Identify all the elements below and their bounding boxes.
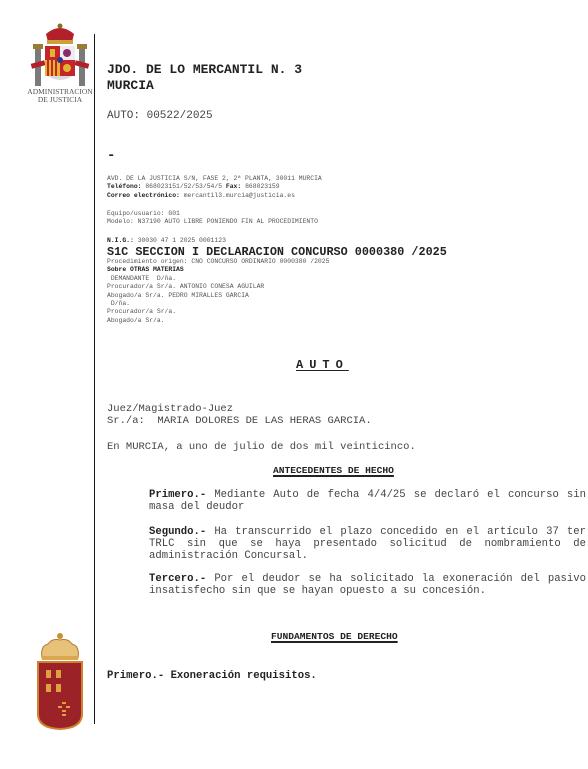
fundamento-primero: Primero.- Exoneración requisitos. <box>107 670 317 682</box>
auto-number: AUTO: 00522/2025 <box>107 110 213 122</box>
antecedente-text: Por el deudor se ha solicitado la exoner… <box>149 573 586 597</box>
logo-caption: ADMINISTRACION DE JUSTICIA <box>24 88 96 104</box>
antecedente-label: Tercero.- <box>149 573 206 585</box>
equipo-usuario: Equipo/usuario: G01 <box>107 210 318 218</box>
procedimiento-origen: Procedimiento origen: CNO CONCURSO ORDIN… <box>107 258 329 266</box>
party-line: D/ña. <box>107 300 329 308</box>
court-city: MURCIA <box>107 78 302 94</box>
party-line: DEMANDANTE D/ña. <box>107 275 329 283</box>
modelo: Modelo: N37190 AUTO LIBRE PONIENDO FIN A… <box>107 218 318 226</box>
phone-line: Teléfono: 868023151/52/53/54/5 Fax: 8680… <box>107 183 322 191</box>
margin-divider-line <box>94 34 95 724</box>
antecedente-text: Mediante Auto de fecha 4/4/25 se declaró… <box>149 489 586 513</box>
court-name-line1: JDO. DE LO MERCANTIL N. 3 <box>107 62 302 78</box>
model-block: Equipo/usuario: G01 Modelo: N37190 AUTO … <box>107 210 318 227</box>
party-line: Procurador/a Sr/a. <box>107 308 329 316</box>
case-section-title: S1C SECCION I DECLARACION CONCURSO 00003… <box>107 245 447 259</box>
judge-role: Juez/Magistrado-Juez <box>107 403 372 415</box>
parties-block: Procedimiento origen: CNO CONCURSO ORDIN… <box>107 258 329 325</box>
phone-label: Teléfono: <box>107 183 142 190</box>
contact-block: AVD. DE LA JUSTICIA S/N, FASE 2, 2ª PLAN… <box>107 175 322 200</box>
phone-value: 868023151/52/53/54/5 <box>142 183 226 190</box>
court-name: JDO. DE LO MERCANTIL N. 3 MURCIA <box>107 62 302 94</box>
judge-name: Sr./a: MARIA DOLORES DE LAS HERAS GARCIA… <box>107 415 372 427</box>
court-address: AVD. DE LA JUSTICIA S/N, FASE 2, 2ª PLAN… <box>107 175 322 183</box>
nig-label: N.I.G.: <box>107 237 134 244</box>
antecedente-text: Ha transcurrido el plazo concedido en el… <box>149 526 586 562</box>
antecedente-primero: Primero.- Mediante Auto de fecha 4/4/25 … <box>107 489 586 513</box>
logo-caption-line2: DE JUSTICIA <box>24 96 96 104</box>
antecedentes-heading: ANTECEDENTES DE HECHO <box>273 465 394 476</box>
separator-dash: - <box>107 148 115 164</box>
fax-label: Fax: <box>226 183 241 190</box>
party-line: Abogado/a Sr/a. PEDRO MIRALLES GARCIA <box>107 292 329 300</box>
place-date: En MURCIA, a uno de julio de dos mil vei… <box>107 441 416 453</box>
antecedente-tercero: Tercero.- Por el deudor se ha solicitado… <box>107 573 586 597</box>
email-value: mercantil3.murcia@justicia.es <box>180 192 295 199</box>
judge-block: Juez/Magistrado-Juez Sr./a: MARIA DOLORE… <box>107 403 372 427</box>
antecedente-label: Segundo.- <box>149 526 206 538</box>
case-subject: Sobre OTRAS MATERIAS <box>107 266 184 273</box>
document-title: AUTO <box>296 358 349 372</box>
nig-value: 30030 47 1 2025 0001123 <box>134 237 226 244</box>
email-line: Correo electrónico: mercantil3.murcia@ju… <box>107 192 322 200</box>
email-label: Correo electrónico: <box>107 192 180 199</box>
fax-value: 868023159 <box>241 183 279 190</box>
party-line: Abogado/a Sr/a. <box>107 317 329 325</box>
party-line: Procurador/a Sr/a. ANTONIO CONESA AGUILA… <box>107 283 329 291</box>
murcia-coat-of-arms-icon <box>34 632 86 730</box>
fundamentos-heading: FUNDAMENTOS DE DERECHO <box>271 631 398 642</box>
antecedente-segundo: Segundo.- Ha transcurrido el plazo conce… <box>107 526 586 562</box>
antecedente-label: Primero.- <box>149 489 206 501</box>
